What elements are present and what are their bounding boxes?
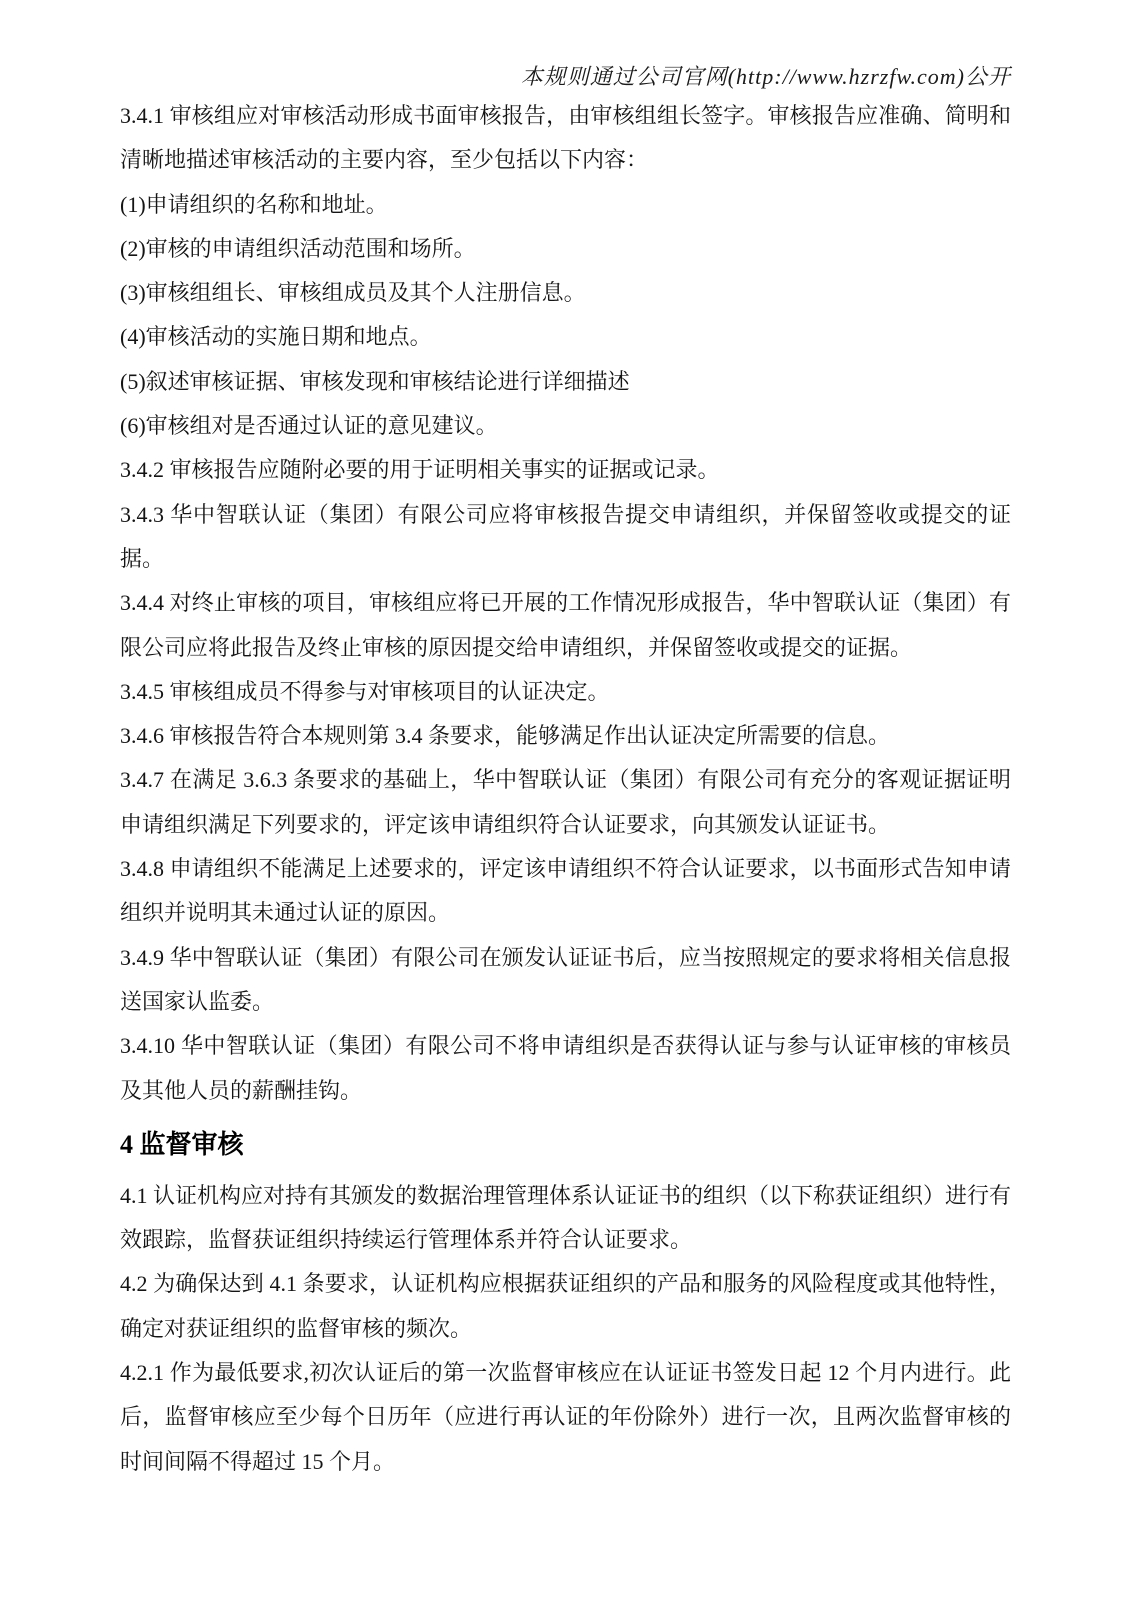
list-item-4: (4)审核活动的实施日期和地点。 (120, 315, 1011, 359)
list-item-3: (3)审核组组长、审核组成员及其个人注册信息。 (120, 271, 1011, 315)
paragraph-3-4-7: 3.4.7 在满足 3.6.3 条要求的基础上，华中智联认证（集团）有限公司有充… (120, 758, 1011, 847)
document-page: 本规则通过公司官网(http://www.hzrzfw.com)公开 3.4.1… (0, 0, 1131, 1600)
paragraph-3-4-8: 3.4.8 申请组织不能满足上述要求的，评定该申请组织不符合认证要求，以书面形式… (120, 847, 1011, 936)
paragraph-3-4-5: 3.4.5 审核组成员不得参与对审核项目的认证决定。 (120, 670, 1011, 714)
paragraph-3-4-3: 3.4.3 华中智联认证（集团）有限公司应将审核报告提交申请组织，并保留签收或提… (120, 493, 1011, 582)
paragraph-4-1: 4.1 认证机构应对持有其颁发的数据治理管理体系认证证书的组织（以下称获证组织）… (120, 1174, 1011, 1263)
list-item-1: (1)申请组织的名称和地址。 (120, 183, 1011, 227)
list-item-5: (5)叙述审核证据、审核发现和审核结论进行详细描述 (120, 360, 1011, 404)
paragraph-3-4-9: 3.4.9 华中智联认证（集团）有限公司在颁发认证证书后，应当按照规定的要求将相… (120, 936, 1011, 1025)
paragraph-3-4-4: 3.4.4 对终止审核的项目，审核组应将已开展的工作情况形成报告，华中智联认证（… (120, 581, 1011, 670)
list-item-6: (6)审核组对是否通过认证的意见建议。 (120, 404, 1011, 448)
list-item-2: (2)审核的申请组织活动范围和场所。 (120, 227, 1011, 271)
paragraph-3-4-6: 3.4.6 审核报告符合本规则第 3.4 条要求，能够满足作出认证决定所需要的信… (120, 714, 1011, 758)
paragraph-3-4-2: 3.4.2 审核报告应随附必要的用于证明相关事实的证据或记录。 (120, 448, 1011, 492)
header-note: 本规则通过公司官网(http://www.hzrzfw.com)公开 (521, 60, 1011, 91)
section-heading-4-supervision-audit: 4 监督审核 (120, 1123, 1011, 1167)
paragraph-3-4-10: 3.4.10 华中智联认证（集团）有限公司不将申请组织是否获得认证与参与认证审核… (120, 1024, 1011, 1113)
document-body: 3.4.1 审核组应对审核活动形成书面审核报告，由审核组组长签字。审核报告应准确… (120, 94, 1011, 1484)
paragraph-4-2-1: 4.2.1 作为最低要求,初次认证后的第一次监督审核应在认证证书签发日起 12 … (120, 1351, 1011, 1484)
paragraph-3-4-1: 3.4.1 审核组应对审核活动形成书面审核报告，由审核组组长签字。审核报告应准确… (120, 94, 1011, 183)
paragraph-4-2: 4.2 为确保达到 4.1 条要求，认证机构应根据获证组织的产品和服务的风险程度… (120, 1262, 1011, 1351)
